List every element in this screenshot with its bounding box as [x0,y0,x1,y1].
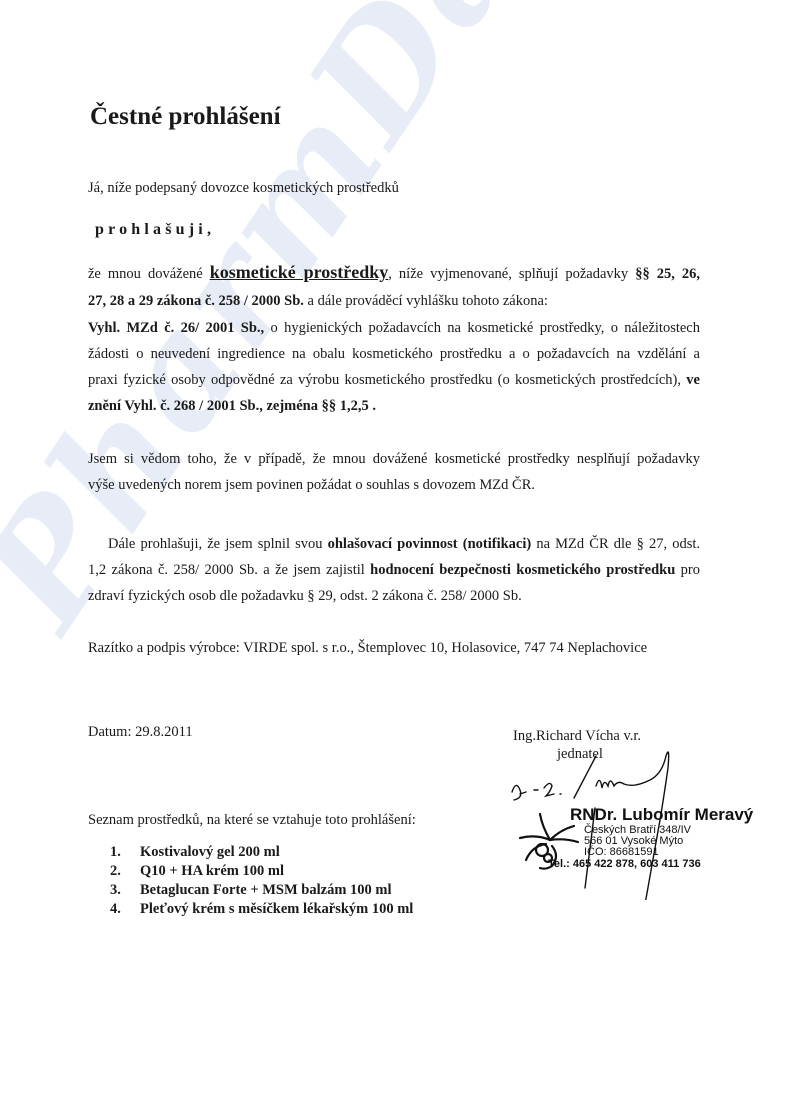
document-title: Čestné prohlášení [90,103,281,131]
intro-text: Já, níže podepsaný dovozce kosmetických … [88,180,399,197]
para2-line1: Jsem si vědom toho, že v případě, že mno… [88,451,700,468]
list-item: 1.Kostivalový gel 200 ml [110,843,413,862]
para2-line2: výše uvedených norem jsem povinen požáda… [88,477,535,494]
para3-line2: 1,2 zákona č. 258/ 2000 Sb. a že jsem za… [88,562,700,579]
list-item: 3.Betaglucan Forte + MSM balzám 100 ml [110,881,413,900]
stamp-logo-icon [510,810,590,870]
list-item: 2.Q10 + HA krém 100 ml [110,862,413,881]
para3-line3: zdraví fyzických osob dle požadavku § 29… [88,588,522,605]
para3-line1: Dále prohlašuji, že jsem splnil svou ohl… [108,536,700,553]
manufacturer-stamp-line: Razítko a podpis výrobce: VIRDE spol. s … [88,640,647,657]
product-list-heading: Seznam prostředků, na které se vztahuje … [88,812,416,829]
para1-line2: 27, 28 a 29 zákona č. 258 / 2000 Sb. a d… [88,293,548,310]
para1-line1: že mnou dovážené kosmetické prostředky, … [88,262,700,283]
declare-text: prohlašuji, [95,221,215,239]
list-item: 4.Pleťový krém s měsíčkem lékařským 100 … [110,900,413,919]
signatory-name: Ing.Richard Vícha v.r. [513,728,641,745]
product-list: 1.Kostivalový gel 200 ml 2.Q10 + HA krém… [110,843,413,919]
document-page: PharmData s.r.o. Čestné prohlášení Já, n… [0,0,800,1100]
date-text: Datum: 29.8.2011 [88,724,193,741]
para1-line3: Vyhl. MZd č. 26/ 2001 Sb., o hygienickýc… [88,320,700,337]
para1-line6: znění Vyhl. č. 268 / 2001 Sb., zejména §… [88,398,376,415]
para1-line5: praxi fyzické osoby odpovědné za výrobu … [88,372,700,389]
para1-line4: žádosti o neuvedení ingredience na obalu… [88,346,700,363]
